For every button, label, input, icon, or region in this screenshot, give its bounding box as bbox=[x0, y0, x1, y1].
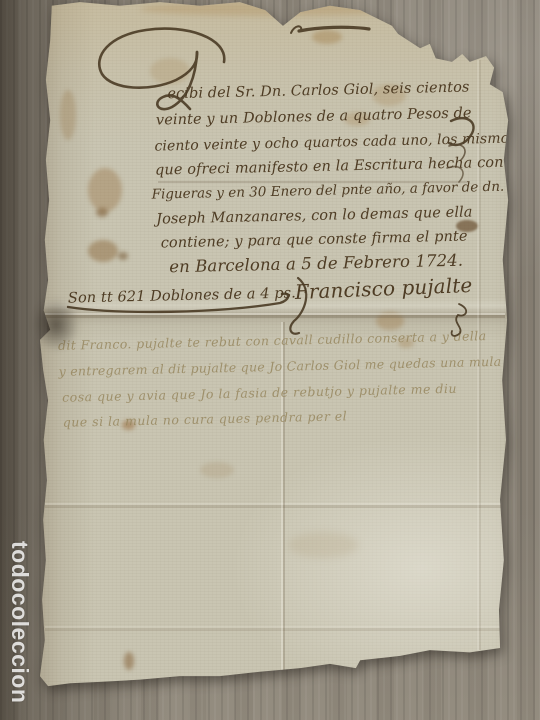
note-line: cosa que y avia que Jo la fasia de rebut… bbox=[62, 381, 457, 405]
manuscript-paper: ecibi del Sr. Dn. Carlos Giol, seis cien… bbox=[0, 0, 540, 720]
photo-background: ecibi del Sr. Dn. Carlos Giol, seis cien… bbox=[0, 0, 540, 720]
note-line: y entregarem al dit pujalte que Jo Carlo… bbox=[58, 354, 501, 379]
sum-line: Son tt 621 Doblones de a 4 ps. bbox=[68, 285, 296, 306]
handwritten-line: Figueras y en 30 Enero del pnte año, a f… bbox=[151, 179, 504, 203]
handwritten-line: veinte y un Doblones de a quatro Pesos d… bbox=[156, 105, 472, 128]
todocoleccion-watermark: todocoleccion bbox=[6, 541, 33, 720]
handwritten-line: ciento veinte y ocho quartos cada uno, l… bbox=[154, 130, 516, 154]
signature: Francisco pujalte bbox=[294, 273, 472, 304]
handwritten-line: en Barcelona a 5 de Febrero 1724. bbox=[169, 251, 463, 277]
paper-shadow-wrapper: ecibi del Sr. Dn. Carlos Giol, seis cien… bbox=[0, 0, 540, 720]
note-line: dit Franco. pujalte te rebut con cavall … bbox=[58, 328, 487, 353]
note-line: que si la mula no cura ques pendra per e… bbox=[63, 408, 348, 429]
handwritten-line: que ofreci manifesto en la Escritura hec… bbox=[155, 155, 504, 179]
handwritten-line: ecibi del Sr. Dn. Carlos Giol, seis cien… bbox=[167, 79, 470, 102]
handwritten-line: contiene; y para que conste firma el pnt… bbox=[161, 229, 468, 252]
handwritten-line: Joseph Manzanares, con lo demas que ella bbox=[156, 204, 473, 227]
fold-shadow bbox=[32, 298, 80, 352]
handwriting-layer: ecibi del Sr. Dn. Carlos Giol, seis cien… bbox=[0, 0, 540, 720]
